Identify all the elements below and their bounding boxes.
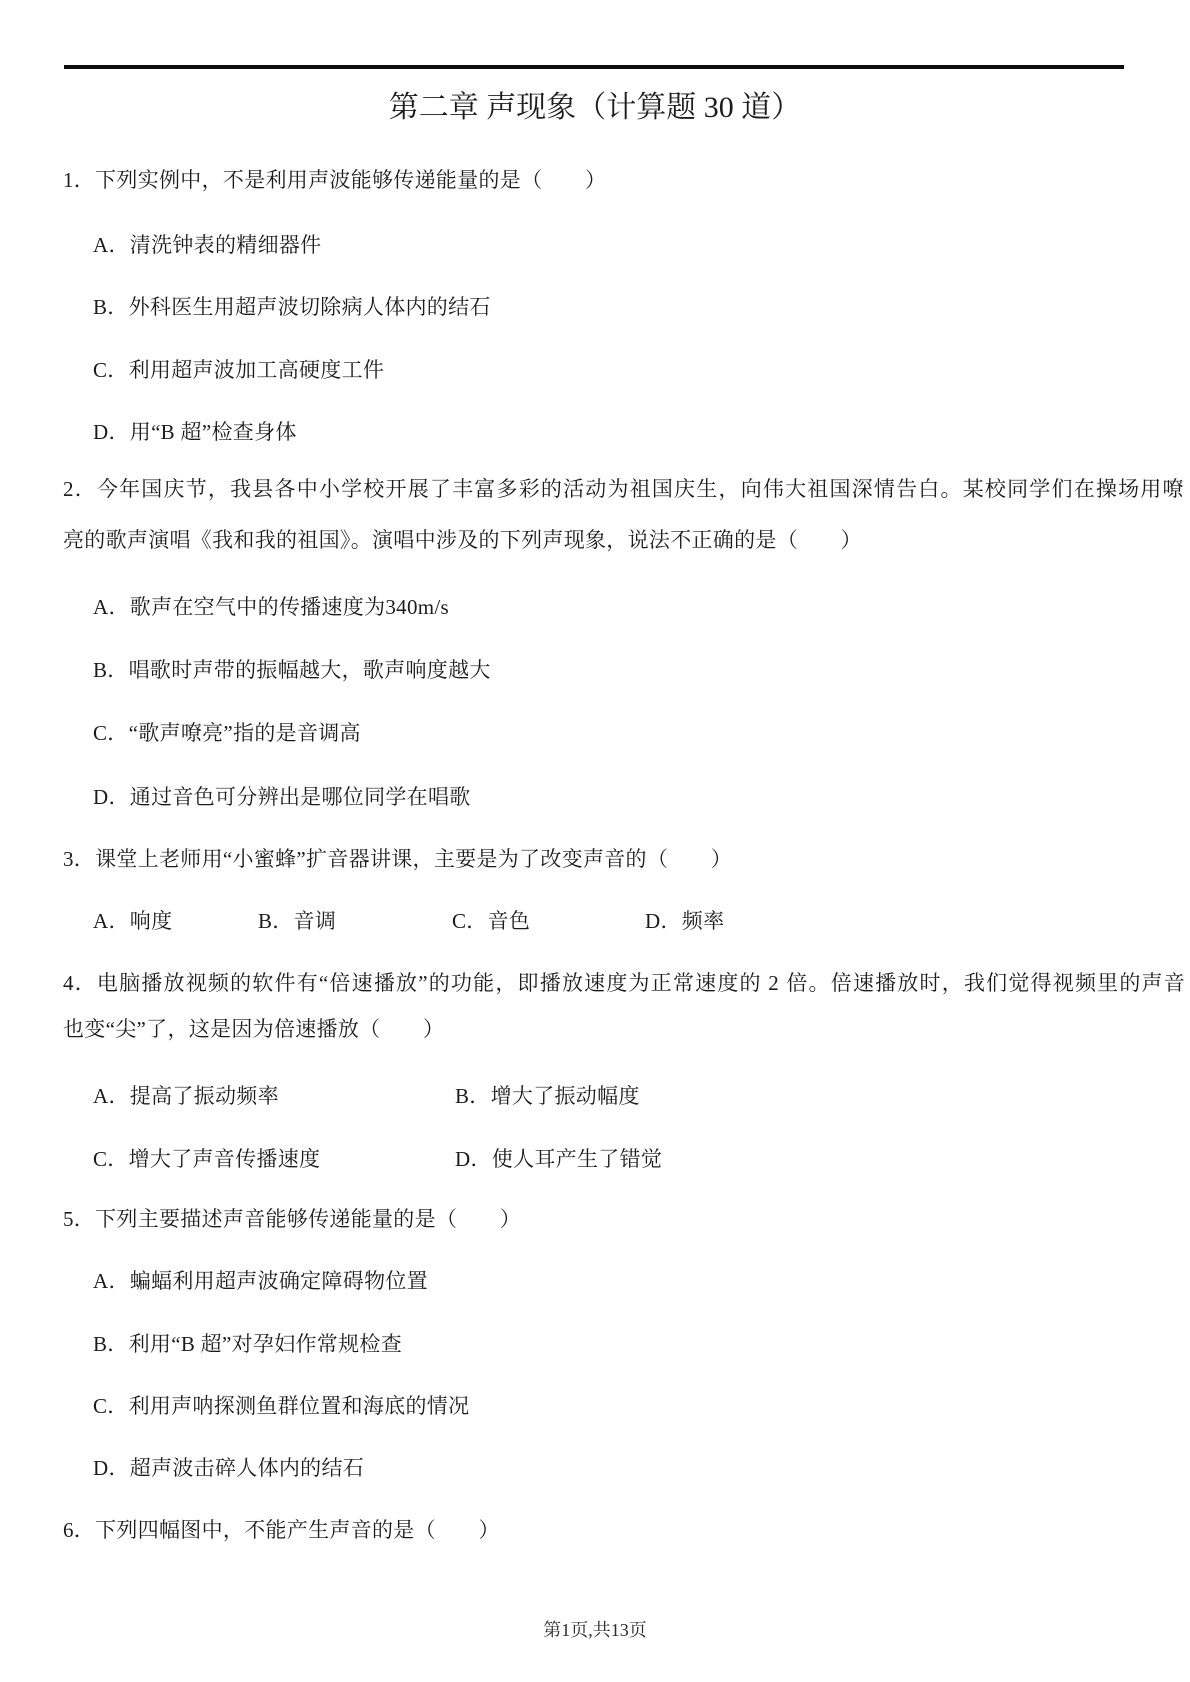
question-5-option-b: B．利用“B 超”对孕妇作常规检查 — [93, 1332, 402, 1356]
question-3-option-b: B．音调 — [258, 909, 336, 933]
question-2-option-c: C．“歌声嘹亮”指的是音调高 — [93, 721, 361, 745]
question-5-option-d: D．超声波击碎人体内的结石 — [93, 1456, 364, 1480]
exam-document-page: 第二章 声现象（计算题 30 道） 1．下列实例中，不是利用声波能够传递能量的是… — [0, 0, 1190, 1682]
question-5-option-c: C．利用声呐探测鱼群位置和海底的情况 — [93, 1394, 469, 1418]
question-3-stem: 3．课堂上老师用“小蜜蜂”扩音器讲课，主要是为了改变声音的（ ） — [63, 847, 732, 871]
page-number: 第1页,共13页 — [0, 1616, 1190, 1642]
question-5-option-a: A．蝙蝠利用超声波确定障碍物位置 — [93, 1269, 428, 1293]
question-2-option-a: A．歌声在空气中的传播速度为340m/s — [93, 595, 449, 619]
question-2-stem-line-1: 2．今年国庆节，我县各中小学校开展了丰富多彩的活动为祖国庆生，向伟大祖国深情告白… — [63, 477, 1185, 501]
question-1-stem: 1．下列实例中，不是利用声波能够传递能量的是（ ） — [63, 168, 606, 192]
question-4-stem-line-2: 也变“尖”了，这是因为倍速播放（ ） — [63, 1017, 444, 1041]
question-5-stem: 5．下列主要描述声音能够传递能量的是（ ） — [63, 1207, 521, 1231]
question-1-option-b: B．外科医生用超声波切除病人体内的结石 — [93, 295, 491, 319]
question-2-option-d: D．通过音色可分辨出是哪位同学在唱歌 — [93, 785, 471, 809]
page-title: 第二章 声现象（计算题 30 道） — [0, 90, 1190, 126]
question-2-stem-line-2: 亮的歌声演唱《我和我的祖国》。演唱中涉及的下列声现象，说法不正确的是（ ） — [63, 528, 862, 552]
header-rule — [64, 65, 1124, 69]
question-4-stem-line-1: 4．电脑播放视频的软件有“倍速播放”的功能，即播放速度为正常速度的 2 倍。倍速… — [63, 971, 1186, 995]
question-6-stem: 6．下列四幅图中，不能产生声音的是（ ） — [63, 1518, 500, 1542]
question-3-option-c: C．音色 — [452, 909, 530, 933]
question-2-option-b: B．唱歌时声带的振幅越大，歌声响度越大 — [93, 658, 491, 682]
question-4-option-d: D．使人耳产生了错觉 — [455, 1147, 662, 1171]
question-4-option-c: C．增大了声音传播速度 — [93, 1147, 320, 1171]
question-4-option-b: B．增大了振动幅度 — [455, 1084, 640, 1108]
question-4-option-a: A．提高了振动频率 — [93, 1084, 279, 1108]
question-1-option-c: C．利用超声波加工高硬度工件 — [93, 358, 384, 382]
question-1-option-d: D．用“B 超”检查身体 — [93, 420, 297, 444]
question-3-option-a: A．响度 — [93, 909, 172, 933]
question-3-option-d: D．频率 — [645, 909, 724, 933]
question-1-option-a: A．清洗钟表的精细器件 — [93, 233, 321, 257]
